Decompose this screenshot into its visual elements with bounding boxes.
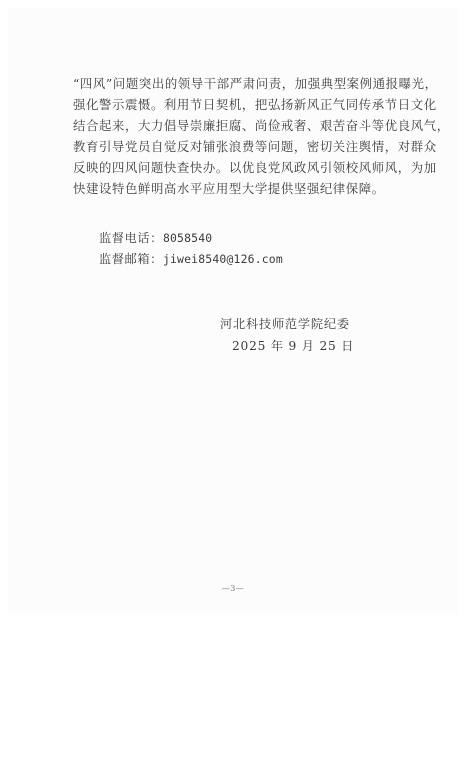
email-value: jiwei8540@126.com xyxy=(163,252,283,266)
body-line-5: 反映的四风问题快查快办。以优良党风政风引领校风师风，为加 xyxy=(73,157,403,178)
phone-value: 8058540 xyxy=(163,231,212,245)
page-number: —3— xyxy=(0,584,466,593)
phone-row: 监督电话：8058540 xyxy=(99,228,283,249)
body-line-4: 教育引导党员自觉反对铺张浪费等问题，密切关注舆情，对群众 xyxy=(73,136,403,157)
body-line-1: “四风”问题突出的领导干部严肃问责，加强典型案例通报曝光， xyxy=(73,73,403,94)
contact-info: 监督电话：8058540 监督邮箱：jiwei8540@126.com xyxy=(99,228,283,270)
phone-label: 监督电话： xyxy=(99,231,163,245)
signature-block: 河北科技师范学院纪委 2025 年 9 月 25 日 xyxy=(220,313,354,357)
body-paragraph: “四风”问题突出的领导干部严肃问责，加强典型案例通报曝光， 强化警示震慑。利用节… xyxy=(73,73,403,199)
body-line-6: 快建设特色鲜明高水平应用型大学提供坚强纪律保障。 xyxy=(73,178,403,199)
body-line-3: 结合起来，大力倡导崇廉拒腐、尚俭戒奢、艰苦奋斗等优良风气， xyxy=(73,115,403,136)
body-line-2: 强化警示震慑。利用节日契机，把弘扬新风正气同传承节日文化 xyxy=(73,94,403,115)
signature-organization: 河北科技师范学院纪委 xyxy=(220,313,354,335)
email-label: 监督邮箱： xyxy=(99,252,163,266)
signature-date: 2025 年 9 月 25 日 xyxy=(220,335,354,357)
email-row: 监督邮箱：jiwei8540@126.com xyxy=(99,249,283,270)
